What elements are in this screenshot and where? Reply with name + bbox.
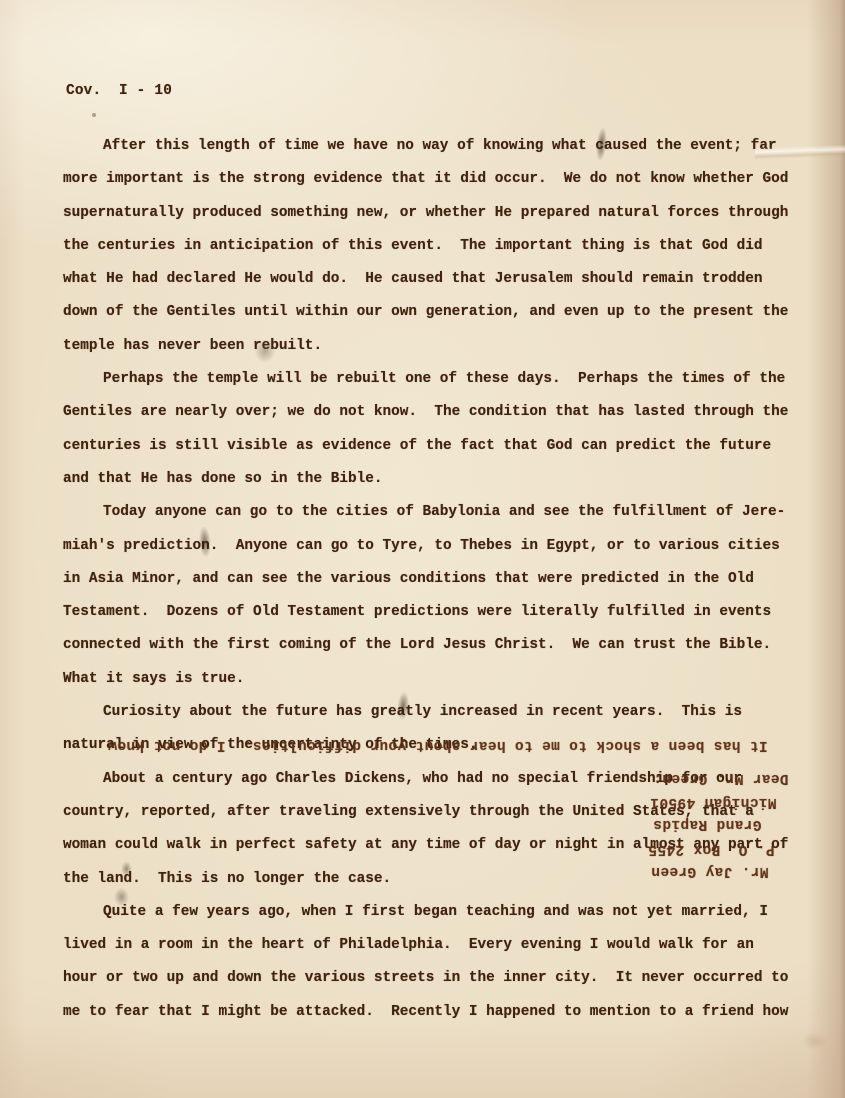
paper-speck: [92, 113, 96, 117]
text-line: in Asia Minor, and can see the various c…: [63, 563, 803, 596]
text-line: and that He has done so in the Bible.: [63, 463, 803, 496]
bleedthrough-address-city: Grand Rapids: [653, 816, 761, 832]
text-line: Quite a few years ago, when I first bega…: [63, 896, 803, 929]
text-line: Today anyone can go to the cities of Bab…: [63, 496, 803, 529]
text-line: Perhaps the temple will be rebuilt one o…: [63, 363, 803, 396]
text-line: miah's prediction. Anyone can go to Tyre…: [63, 530, 803, 563]
bleedthrough-salutation: Dear Mr. Green:: [653, 770, 789, 786]
document-body: After this length of time we have no way…: [63, 130, 803, 1029]
text-line: What it says is true.: [63, 663, 803, 696]
text-line: After this length of time we have no way…: [63, 130, 803, 163]
text-line: supernaturally produced something new, o…: [63, 197, 803, 230]
bleedthrough-address-state: Michigan 49501: [650, 794, 777, 810]
text-line: more important is the strong evidence th…: [63, 163, 803, 196]
text-line: down of the Gentiles until within our ow…: [63, 296, 803, 329]
bleedthrough-address-box: P. O. Box 2455: [648, 841, 775, 857]
bleedthrough-address-name: Mr. Jay Green: [651, 863, 768, 879]
text-line: temple has never been rebuilt.: [63, 330, 803, 363]
text-line: lived in a room in the heart of Philadel…: [63, 929, 803, 962]
text-line: the centuries in anticipation of this ev…: [63, 230, 803, 263]
page-header: Cov. I - 10: [66, 83, 172, 99]
bleedthrough-sentence: It has been a shock to me to hear about …: [108, 737, 768, 753]
text-line: Gentiles are nearly over; we do not know…: [63, 396, 803, 429]
text-line: Testament. Dozens of Old Testament predi…: [63, 596, 803, 629]
document-page: Cov. I - 10 After this length of time we…: [0, 0, 845, 1098]
text-line: me to fear that I might be attacked. Rec…: [63, 996, 803, 1029]
text-line: Curiosity about the future has greatly i…: [63, 696, 803, 729]
text-line: connected with the first coming of the L…: [63, 629, 803, 662]
paper-stain: [795, 1028, 835, 1054]
text-line: what He had declared He would do. He cau…: [63, 263, 803, 296]
text-line: centuries is still visible as evidence o…: [63, 430, 803, 463]
text-line: hour or two up and down the various stre…: [63, 962, 803, 995]
